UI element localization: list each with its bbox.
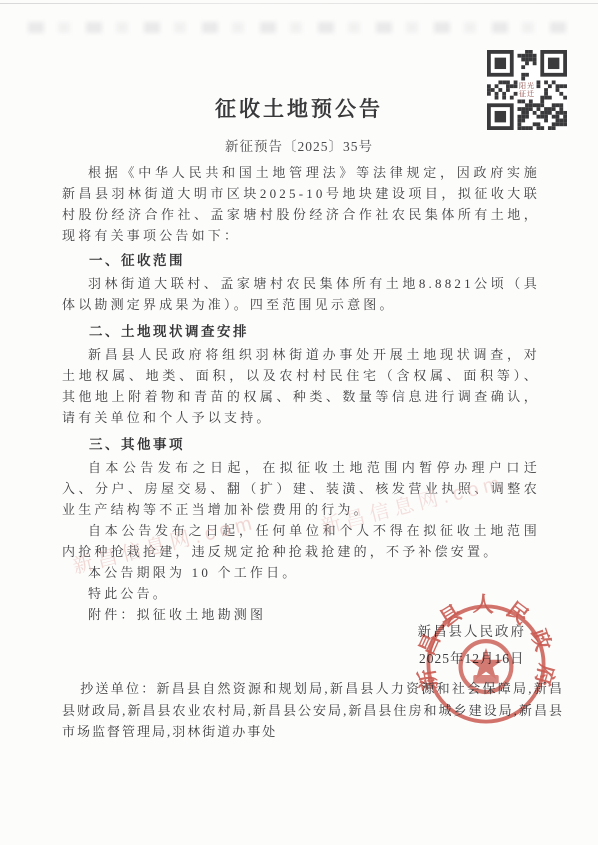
- issuer-name: 新昌县人民政府: [418, 620, 527, 640]
- section-2-heading: 二、土地现状调查安排: [62, 321, 540, 342]
- section-3-heading: 三、其他事项: [62, 434, 540, 455]
- section-3-paragraph-1: 自本公告发布之日起，在拟征收土地范围内暂停办理户口迁入、分户、房屋交易、翻（扩）…: [62, 457, 540, 520]
- section-3-paragraph-2: 自本公告发布之日起，任何单位和个人不得在拟征收土地范围内抢种抢栽抢建，违反规定抢…: [62, 520, 540, 562]
- scan-bleedthrough-artifact: [28, 22, 568, 33]
- issue-date: 2025年12月16日: [418, 647, 527, 667]
- intro-paragraph: 根据《中华人民共和国土地管理法》等法律规定，因政府实施新昌县羽林街道大明市区块2…: [62, 162, 540, 246]
- doc-number: 新征预告〔2025〕35号: [0, 135, 598, 155]
- section-2-paragraph: 新昌县人民政府将组织羽林街道办事处开展土地现状调查，对土地权属、地类、面积，以及…: [62, 344, 540, 428]
- notice-period-line: 本公告期限为 10 个工作日。: [62, 562, 540, 583]
- cc-units-paragraph: 抄送单位：新昌县自然资源和规划局,新昌县人力资源和社会保障局,新昌县财政局,新昌…: [62, 678, 564, 743]
- scanned-notice-page: 阳光征迁 征收土地预公告 新征预告〔2025〕35号 根据《中华人民共和国土地管…: [0, 0, 598, 845]
- notice-title: 征收土地预公告: [0, 93, 598, 123]
- hereby-announced-line: 特此公告。: [62, 583, 540, 604]
- signature-block: 新昌县人民政府 2025年12月16日: [418, 620, 527, 667]
- section-1-heading: 一、征收范围: [62, 250, 540, 271]
- notice-body: 根据《中华人民共和国土地管理法》等法律规定，因政府实施新昌县羽林街道大明市区块2…: [62, 162, 540, 625]
- scan-edge-line: [0, 3, 598, 4]
- section-1-paragraph: 羽林街道大联村、孟家塘村农民集体所有土地8.8821公顷（具体以勘测定界成果为准…: [62, 273, 540, 315]
